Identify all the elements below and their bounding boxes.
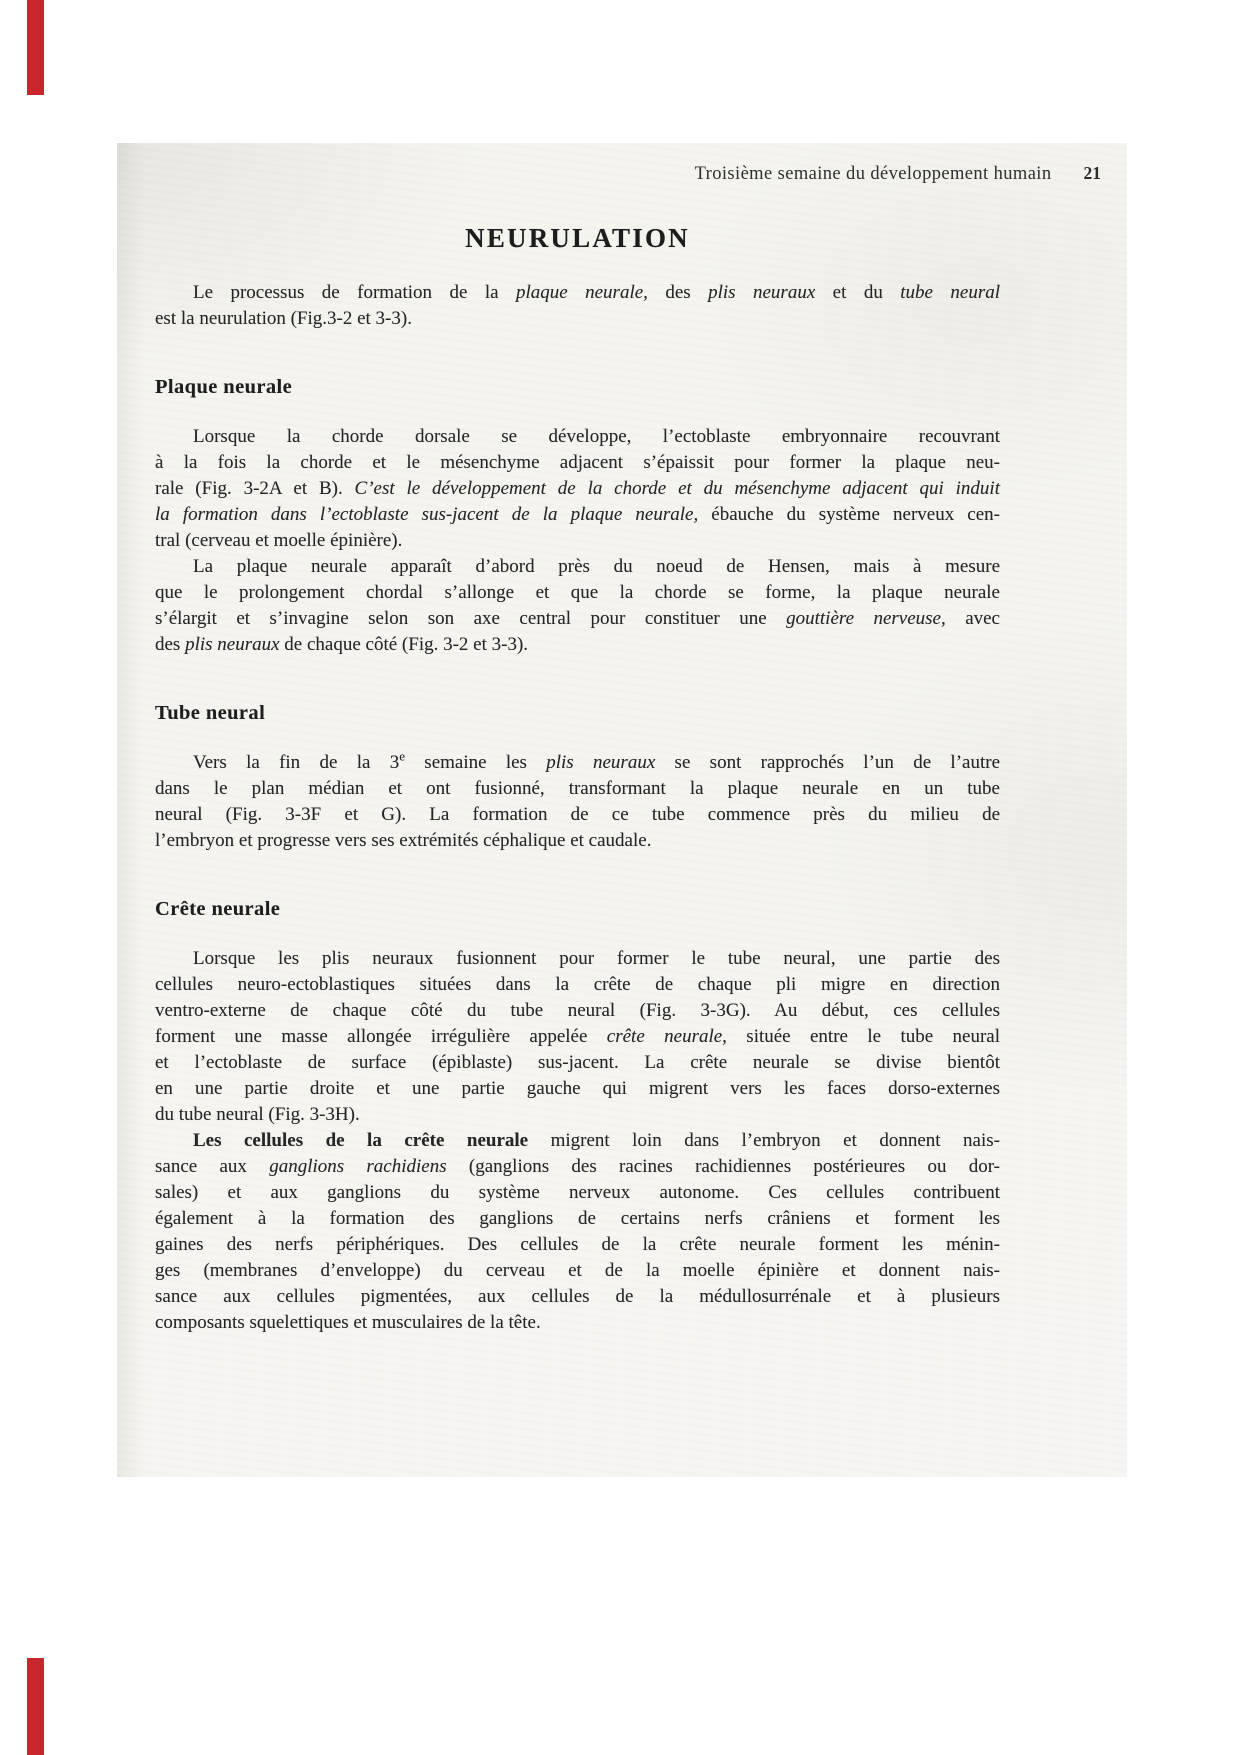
section-crete-neurale: Crête neuraleLorsque les plis neuraux fu… bbox=[155, 896, 1000, 1336]
text-line: Le processus de formation de la plaque n… bbox=[155, 280, 1000, 306]
scanned-page-area: Troisième semaine du développement humai… bbox=[117, 143, 1127, 1477]
paragraph: Le processus de formation de la plaque n… bbox=[155, 280, 1000, 332]
section-heading-plaque-neurale: Plaque neurale bbox=[155, 374, 1000, 400]
text-line: Les cellules de la crête neurale migrent… bbox=[155, 1128, 1000, 1154]
text-line: cellules neuro-ectoblastiques situées da… bbox=[155, 972, 1000, 998]
text-line: La plaque neurale apparaît d’abord près … bbox=[155, 554, 1000, 580]
text-line: du tube neural (Fig. 3-3H). bbox=[155, 1102, 1000, 1128]
text-line: Lorsque la chorde dorsale se développe, … bbox=[155, 424, 1000, 450]
paragraph: La plaque neurale apparaît d’abord près … bbox=[155, 554, 1000, 658]
section-plaque-neurale: Plaque neuraleLorsque la chorde dorsale … bbox=[155, 374, 1000, 658]
text-line: Vers la fin de la 3e semaine les plis ne… bbox=[155, 750, 1000, 776]
text-line: et l’ectoblaste de surface (épiblaste) s… bbox=[155, 1050, 1000, 1076]
text-line: des plis neuraux de chaque côté (Fig. 3-… bbox=[155, 632, 1000, 658]
section-intro: Le processus de formation de la plaque n… bbox=[155, 280, 1000, 332]
text-line: gaines des nerfs périphériques. Des cell… bbox=[155, 1232, 1000, 1258]
paragraph: Lorsque la chorde dorsale se développe, … bbox=[155, 424, 1000, 554]
text-line: sance aux cellules pigmentées, aux cellu… bbox=[155, 1284, 1000, 1310]
text-line: ges (membranes d’enveloppe) du cerveau e… bbox=[155, 1258, 1000, 1284]
paragraph: Vers la fin de la 3e semaine les plis ne… bbox=[155, 750, 1000, 854]
paragraph: Lorsque les plis neuraux fusionnent pour… bbox=[155, 946, 1000, 1128]
page-title: NEURULATION bbox=[155, 222, 1000, 254]
text-line: rale (Fig. 3-2A et B). C’est le développ… bbox=[155, 476, 1000, 502]
paragraph: Les cellules de la crête neurale migrent… bbox=[155, 1128, 1000, 1336]
text-line: sales) et aux ganglions du système nerve… bbox=[155, 1180, 1000, 1206]
text-line: que le prolongement chordal s’allonge et… bbox=[155, 580, 1000, 606]
text-line: composants squelettiques et musculaires … bbox=[155, 1310, 1000, 1336]
text-line: également à la formation des ganglions d… bbox=[155, 1206, 1000, 1232]
section-heading-tube-neural: Tube neural bbox=[155, 700, 1000, 726]
text-line: l’embryon et progresse vers ses extrémit… bbox=[155, 828, 1000, 854]
red-registration-mark-top bbox=[27, 0, 44, 95]
text-line: dans le plan médian et ont fusionné, tra… bbox=[155, 776, 1000, 802]
text-line: s’élargit et s’invagine selon son axe ce… bbox=[155, 606, 1000, 632]
text-line: sance aux ganglions rachidiens (ganglion… bbox=[155, 1154, 1000, 1180]
red-registration-mark-bottom bbox=[27, 1658, 44, 1755]
text-line: en une partie droite et une partie gauch… bbox=[155, 1076, 1000, 1102]
section-tube-neural: Tube neuralVers la fin de la 3e semaine … bbox=[155, 700, 1000, 854]
page-content: NEURULATION Le processus de formation de… bbox=[117, 143, 1127, 1477]
text-line: la formation dans l’ectoblaste sus-jacen… bbox=[155, 502, 1000, 528]
text-line: tral (cerveau et moelle épinière). bbox=[155, 528, 1000, 554]
scanned-book-page: { "accents": { "red_mark_color": "#c8252… bbox=[0, 0, 1240, 1755]
document-body: Le processus de formation de la plaque n… bbox=[155, 280, 1000, 1336]
text-line: Lorsque les plis neuraux fusionnent pour… bbox=[155, 946, 1000, 972]
section-heading-crete-neurale: Crête neurale bbox=[155, 896, 1000, 922]
text-line: est la neurulation (Fig.3-2 et 3-3). bbox=[155, 306, 1000, 332]
text-line: forment une masse allongée irrégulière a… bbox=[155, 1024, 1000, 1050]
text-line: à la fois la chorde et le mésenchyme adj… bbox=[155, 450, 1000, 476]
text-line: neural (Fig. 3-3F et G). La formation de… bbox=[155, 802, 1000, 828]
text-line: ventro-externe de chaque côté du tube ne… bbox=[155, 998, 1000, 1024]
